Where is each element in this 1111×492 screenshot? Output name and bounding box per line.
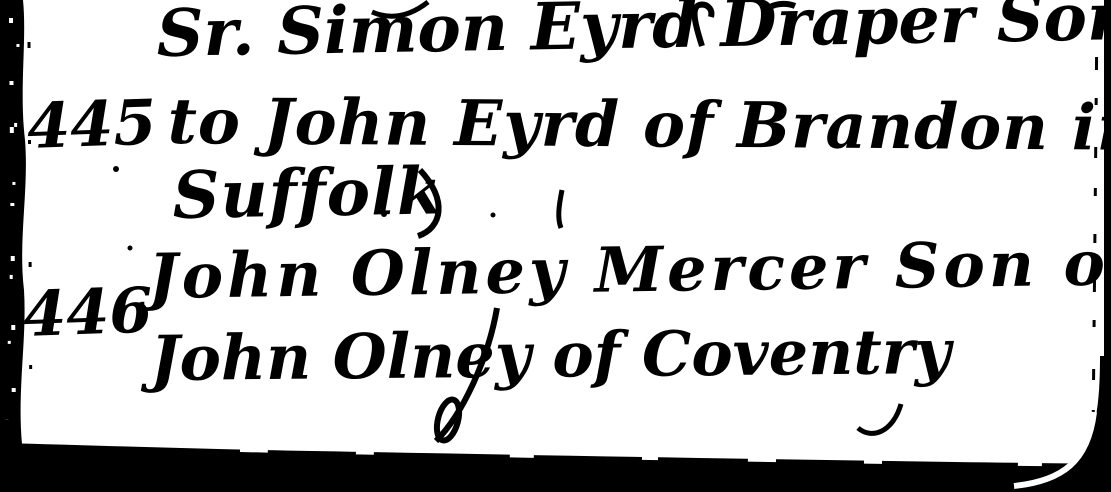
page-corner-highlight-curve	[1014, 412, 1094, 486]
ink-dot	[128, 246, 133, 251]
coventry-tail	[858, 404, 901, 433]
entry-445-line-1: Sr. Simon Eyrd Draper Son	[156, 0, 1111, 67]
page-corner-shape	[1000, 356, 1111, 492]
page-corner-bottom-right	[1000, 356, 1111, 492]
bottom-scan-border-shape	[0, 443, 1111, 492]
left-scan-border	[0, 0, 31, 444]
entry-446-number: 446	[22, 279, 154, 345]
descender-stroke	[559, 190, 562, 228]
ink-dot	[491, 213, 496, 218]
entry-445-line-2: to John Eyrd of Brandon in	[168, 90, 1111, 160]
entry-446-line-1: John Olney Mercer Son of	[148, 232, 1111, 308]
ink-dot	[113, 166, 119, 172]
descender-loop	[433, 397, 463, 443]
entry-445-line-3: Suffolk	[172, 159, 443, 229]
bottom-scan-border-notches	[240, 450, 1108, 465]
manuscript-page: Sr. Simon Eyrd Draper Son 445 to John Ey…	[0, 0, 1111, 492]
bottom-scan-border	[0, 443, 1111, 492]
entry-445-number: 445	[26, 91, 158, 157]
left-scan-border-speckle	[11, 18, 14, 430]
left-scan-border-shape	[0, 0, 26, 444]
entry-446-line-2: John Olney of Coventry	[150, 321, 951, 390]
left-scan-border-speckle	[7, 44, 18, 420]
